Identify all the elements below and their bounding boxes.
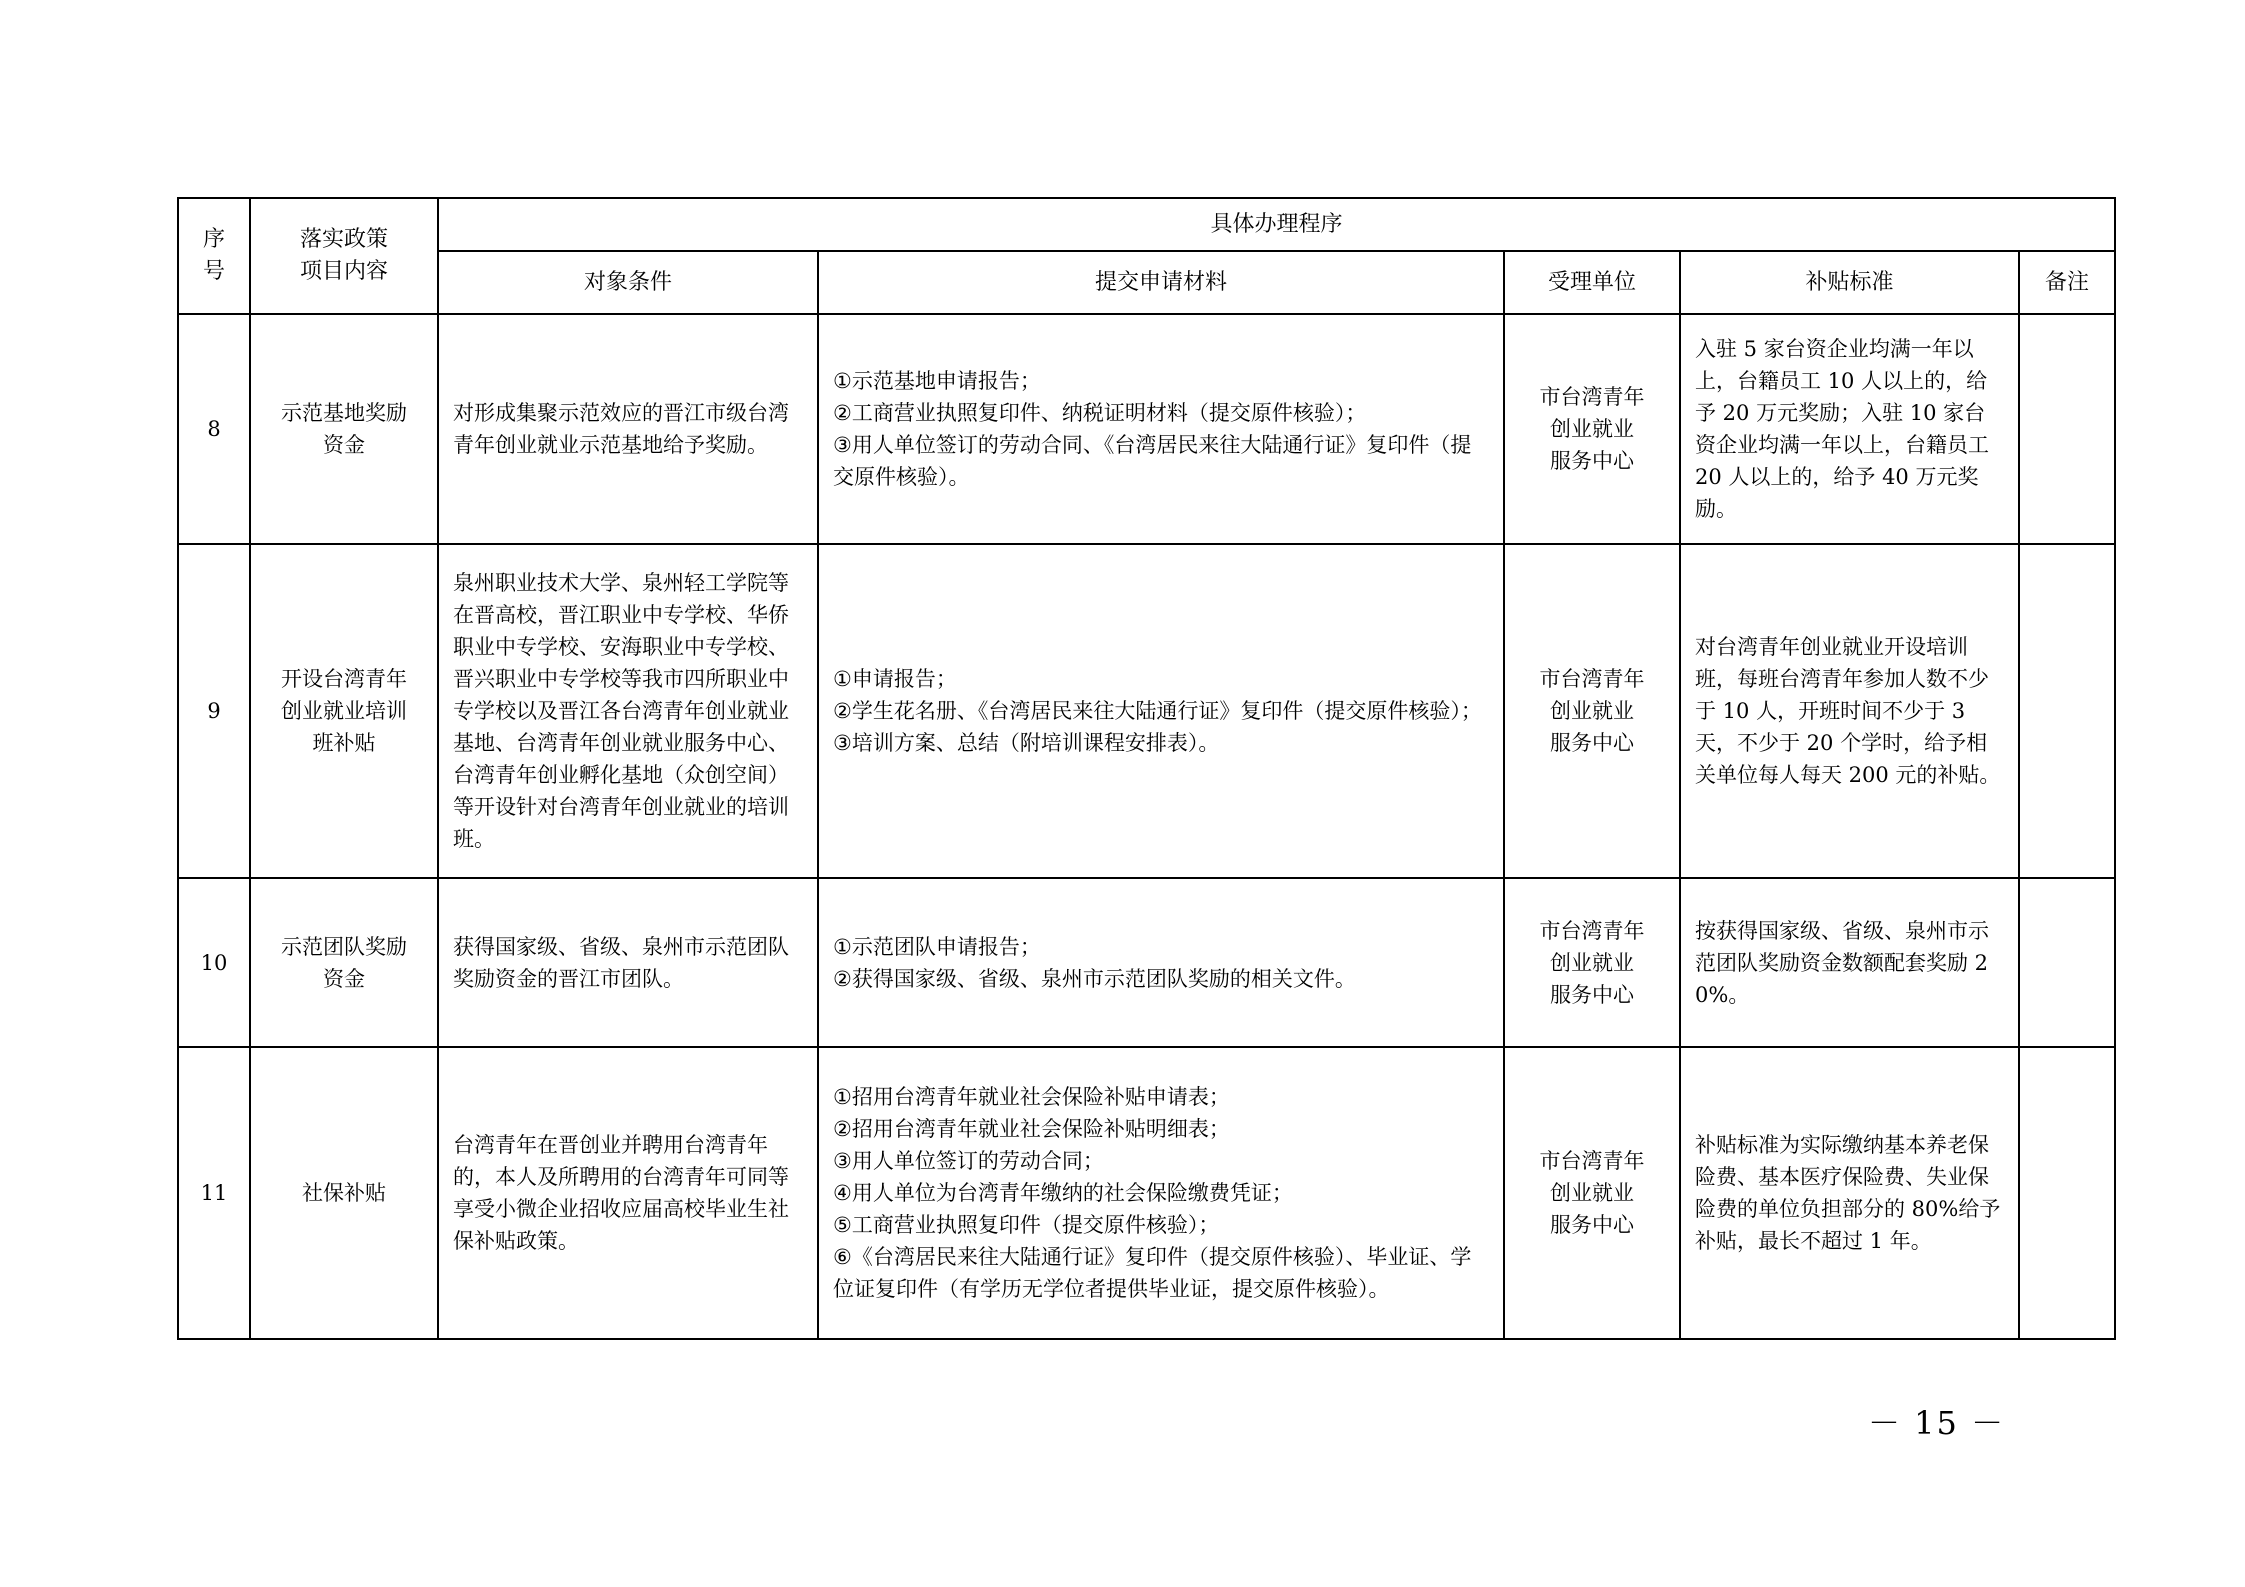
- table-row: 9 开设台湾青年 创业就业培训 班补贴 泉州职业技术大学、泉州轻工学院等在晋高校…: [178, 544, 2115, 878]
- cell-materials: ①申请报告； ②学生花名册、《台湾居民来往大陆通行证》复印件（提交原件核验）； …: [818, 544, 1504, 878]
- cell-materials: ①招用台湾青年就业社会保险补贴申请表； ②招用台湾青年就业社会保险补贴明细表； …: [818, 1047, 1504, 1339]
- cell-remarks: [2019, 878, 2115, 1047]
- policy-procedure-table: 序 号 落实政策 项目内容 具体办理程序 对象条件 提交申请材料 受理单位 补贴…: [177, 197, 2116, 1340]
- cell-agency: 市台湾青年 创业就业 服务中心: [1504, 314, 1680, 544]
- cell-remarks: [2019, 314, 2115, 544]
- cell-standard: 按获得国家级、省级、泉州市示范团队奖励资金数额配套奖励 20%。: [1680, 878, 2019, 1047]
- cell-agency: 市台湾青年 创业就业 服务中心: [1504, 1047, 1680, 1339]
- header-policy-content: 落实政策 项目内容: [250, 198, 438, 314]
- cell-policy: 开设台湾青年 创业就业培训 班补贴: [250, 544, 438, 878]
- cell-policy: 示范基地奖励 资金: [250, 314, 438, 544]
- table-row: 10 示范团队奖励 资金 获得国家级、省级、泉州市示范团队奖励资金的晋江市团队。…: [178, 878, 2115, 1047]
- header-remarks: 备注: [2019, 251, 2115, 314]
- cell-conditions: 台湾青年在晋创业并聘用台湾青年的，本人及所聘用的台湾青年可同等享受小微企业招收应…: [438, 1047, 818, 1339]
- cell-agency: 市台湾青年 创业就业 服务中心: [1504, 544, 1680, 878]
- cell-standard: 对台湾青年创业就业开设培训班，每班台湾青年参加人数不少于 10 人，开班时间不少…: [1680, 544, 2019, 878]
- header-materials: 提交申请材料: [818, 251, 1504, 314]
- cell-materials: ①示范基地申请报告； ②工商营业执照复印件、纳税证明材料（提交原件核验）； ③用…: [818, 314, 1504, 544]
- cell-standard: 补贴标准为实际缴纳基本养老保险费、基本医疗保险费、失业保险费的单位负担部分的 8…: [1680, 1047, 2019, 1339]
- cell-agency: 市台湾青年 创业就业 服务中心: [1504, 878, 1680, 1047]
- header-procedure-group: 具体办理程序: [438, 198, 2115, 251]
- cell-policy: 示范团队奖励 资金: [250, 878, 438, 1047]
- table-row: 8 示范基地奖励 资金 对形成集聚示范效应的晋江市级台湾青年创业就业示范基地给予…: [178, 314, 2115, 544]
- header-standard: 补贴标准: [1680, 251, 2019, 314]
- cell-policy: 社保补贴: [250, 1047, 438, 1339]
- cell-remarks: [2019, 544, 2115, 878]
- header-conditions: 对象条件: [438, 251, 818, 314]
- cell-seq: 10: [178, 878, 250, 1047]
- cell-conditions: 泉州职业技术大学、泉州轻工学院等在晋高校，晋江职业中专学校、华侨职业中专学校、安…: [438, 544, 818, 878]
- cell-remarks: [2019, 1047, 2115, 1339]
- cell-standard: 入驻 5 家台资企业均满一年以上，台籍员工 10 人以上的，给予 20 万元奖励…: [1680, 314, 2019, 544]
- cell-materials: ①示范团队申请报告； ②获得国家级、省级、泉州市示范团队奖励的相关文件。: [818, 878, 1504, 1047]
- header-seq: 序 号: [178, 198, 250, 314]
- cell-conditions: 获得国家级、省级、泉州市示范团队奖励资金的晋江市团队。: [438, 878, 818, 1047]
- cell-conditions: 对形成集聚示范效应的晋江市级台湾青年创业就业示范基地给予奖励。: [438, 314, 818, 544]
- cell-seq: 11: [178, 1047, 250, 1339]
- table-row: 11 社保补贴 台湾青年在晋创业并聘用台湾青年的，本人及所聘用的台湾青年可同等享…: [178, 1047, 2115, 1339]
- cell-seq: 9: [178, 544, 250, 878]
- header-agency: 受理单位: [1504, 251, 1680, 314]
- page-number: － 15 －: [1868, 1398, 2005, 1444]
- cell-seq: 8: [178, 314, 250, 544]
